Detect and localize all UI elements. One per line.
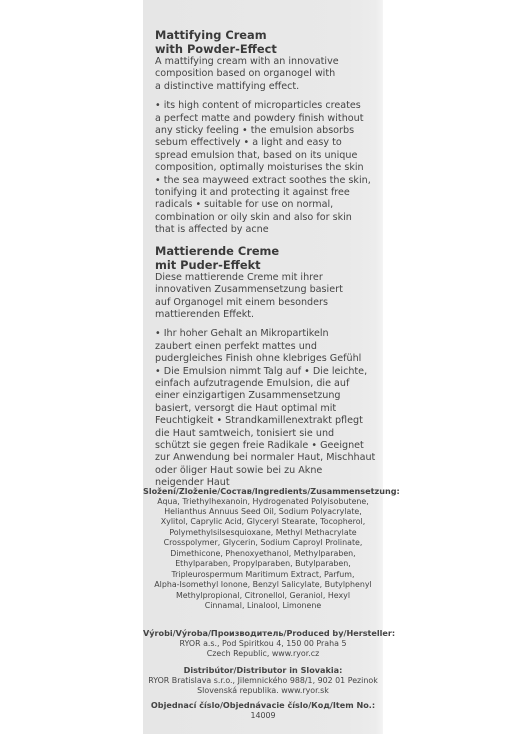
ingredients-line: Xylitol, Caprylic Acid, Glyceryl Stearat… (143, 517, 383, 527)
text-line: radicals • suitable for use on normal, (155, 199, 380, 211)
text-line: any sticky feeling • the emulsion absorb… (155, 125, 380, 137)
text-line: sebum effectively • a light and easy to (155, 137, 380, 149)
text-line: zaubert einen perfekt mattes und (155, 341, 380, 353)
text-line: basiert, versorgt die Haut optimal mit (155, 403, 380, 415)
item-number-value: 14009 (143, 711, 383, 722)
text-line: • Die Emulsion nimmt Talg auf • Die leic… (155, 366, 380, 378)
ingredients-line: Cinnamal, Linalool, Limonene (143, 601, 383, 611)
ingredients-line: Methylpropional, Citronellol, Geraniol, … (143, 591, 383, 601)
distributor-heading: Distribútor/Distributor in Slovakia: (143, 665, 383, 676)
english-title-line: Mattifying Cream (155, 28, 380, 42)
german-title: Mattierende Creme mit Puder-Effekt (155, 244, 380, 272)
ingredients-section: Složení/Zloženie/Состав/Ingredients/Zusa… (143, 486, 383, 611)
distributor-section: Distribútor/Distributor in Slovakia: RYO… (143, 665, 383, 697)
text-line: einer einzigartigen Zusammensetzung (155, 390, 380, 402)
text-line: a distinctive mattifying effect. (155, 81, 380, 93)
german-title-line: Mattierende Creme (155, 244, 380, 258)
distributor-address: RYOR Bratislava s.r.o., Jilemnického 988… (143, 676, 383, 687)
text-line: zur Anwendung bei normaler Haut, Mischha… (155, 452, 380, 464)
text-line: a perfect matte and powdery finish witho… (155, 113, 380, 125)
ingredients-heading: Složení/Zloženie/Состав/Ingredients/Zusa… (143, 486, 383, 497)
producer-country-website: Czech Republic, www.ryor.cz (143, 649, 383, 660)
text-line: innovativen Zusammensetzung basiert (155, 284, 380, 296)
text-line: • its high content of microparticles cre… (155, 100, 380, 112)
text-line: • the sea mayweed extract soothes the sk… (155, 175, 380, 187)
text-line: pudergleiches Finish ohne klebriges Gefü… (155, 353, 380, 365)
ingredients-line: Dimethicone, Phenoxyethanol, Methylparab… (143, 549, 383, 559)
text-line: spread emulsion that, based on its uniqu… (155, 150, 380, 162)
ingredients-line: Crosspolymer, Glycerin, Sodium Caproyl P… (143, 538, 383, 548)
english-intro: A mattifying cream with an innovative co… (155, 56, 380, 93)
ingredients-line: Aqua, Triethylhexanoin, Hydrogenated Pol… (143, 497, 383, 507)
spacer (155, 237, 380, 244)
text-line: mattierenden Effekt. (155, 309, 380, 321)
german-benefits: • Ihr hoher Gehalt an Mikropartikeln zau… (155, 328, 380, 489)
english-benefits: • its high content of microparticles cre… (155, 100, 380, 236)
ingredients-line: Ethylparaben, Propylparaben, Butylparabe… (143, 559, 383, 569)
item-number-heading: Objednací číslo/Objednávacie číslo/Код/I… (143, 700, 383, 711)
text-line: combination or oily skin and also for sk… (155, 212, 380, 224)
ingredients-line: Polymethylsilsesquioxane, Methyl Methacr… (143, 528, 383, 538)
text-line: • Ihr hoher Gehalt an Mikropartikeln (155, 328, 380, 340)
ingredients-line: Tripleurospermum Maritimum Extract, Parf… (143, 570, 383, 580)
text-line: that is affected by acne (155, 224, 380, 236)
text-line: oder öliger Haut sowie bei zu Akne (155, 465, 380, 477)
text-line: A mattifying cream with an innovative (155, 56, 380, 68)
text-line: auf Organogel mit einem besonders (155, 297, 380, 309)
distributor-country-website: Slovenská republika. www.ryor.sk (143, 686, 383, 697)
text-line: die Haut samtweich, tonisiert sie und (155, 428, 380, 440)
producer-heading: Výrobi/Výroba/Производитель/Produced by/… (143, 628, 383, 639)
description-section: Mattifying Cream with Powder-Effect A ma… (155, 28, 380, 490)
german-intro: Diese mattierende Creme mit ihrer innova… (155, 272, 380, 322)
text-line: einfach aufzutragende Emulsion, die auf (155, 378, 380, 390)
ingredients-line: Helianthus Annuus Seed Oil, Sodium Polya… (143, 507, 383, 517)
text-line: schützt sie gegen freie Radikale • Geeig… (155, 440, 380, 452)
text-line: Diese mattierende Creme mit ihrer (155, 272, 380, 284)
english-title-line: with Powder-Effect (155, 42, 380, 56)
producer-section: Výrobi/Výroba/Производитель/Produced by/… (143, 628, 383, 660)
german-title-line: mit Puder-Effekt (155, 258, 380, 272)
spacer (155, 321, 380, 328)
text-line: tonifying it and protecting it against f… (155, 187, 380, 199)
text-line: composition, optimally moisturises the s… (155, 162, 380, 174)
text-line: Feuchtigkeit • Strandkamillenextrakt pfl… (155, 415, 380, 427)
english-title: Mattifying Cream with Powder-Effect (155, 28, 380, 56)
text-line: composition based on organogel with (155, 68, 380, 80)
producer-address: RYOR a.s., Pod Spiritkou 4, 150 00 Praha… (143, 639, 383, 650)
spacer (155, 93, 380, 100)
ingredients-line: Alpha-Isomethyl Ionone, Benzyl Salicylat… (143, 580, 383, 590)
item-number-section: Objednací číslo/Objednávacie číslo/Код/I… (143, 700, 383, 721)
